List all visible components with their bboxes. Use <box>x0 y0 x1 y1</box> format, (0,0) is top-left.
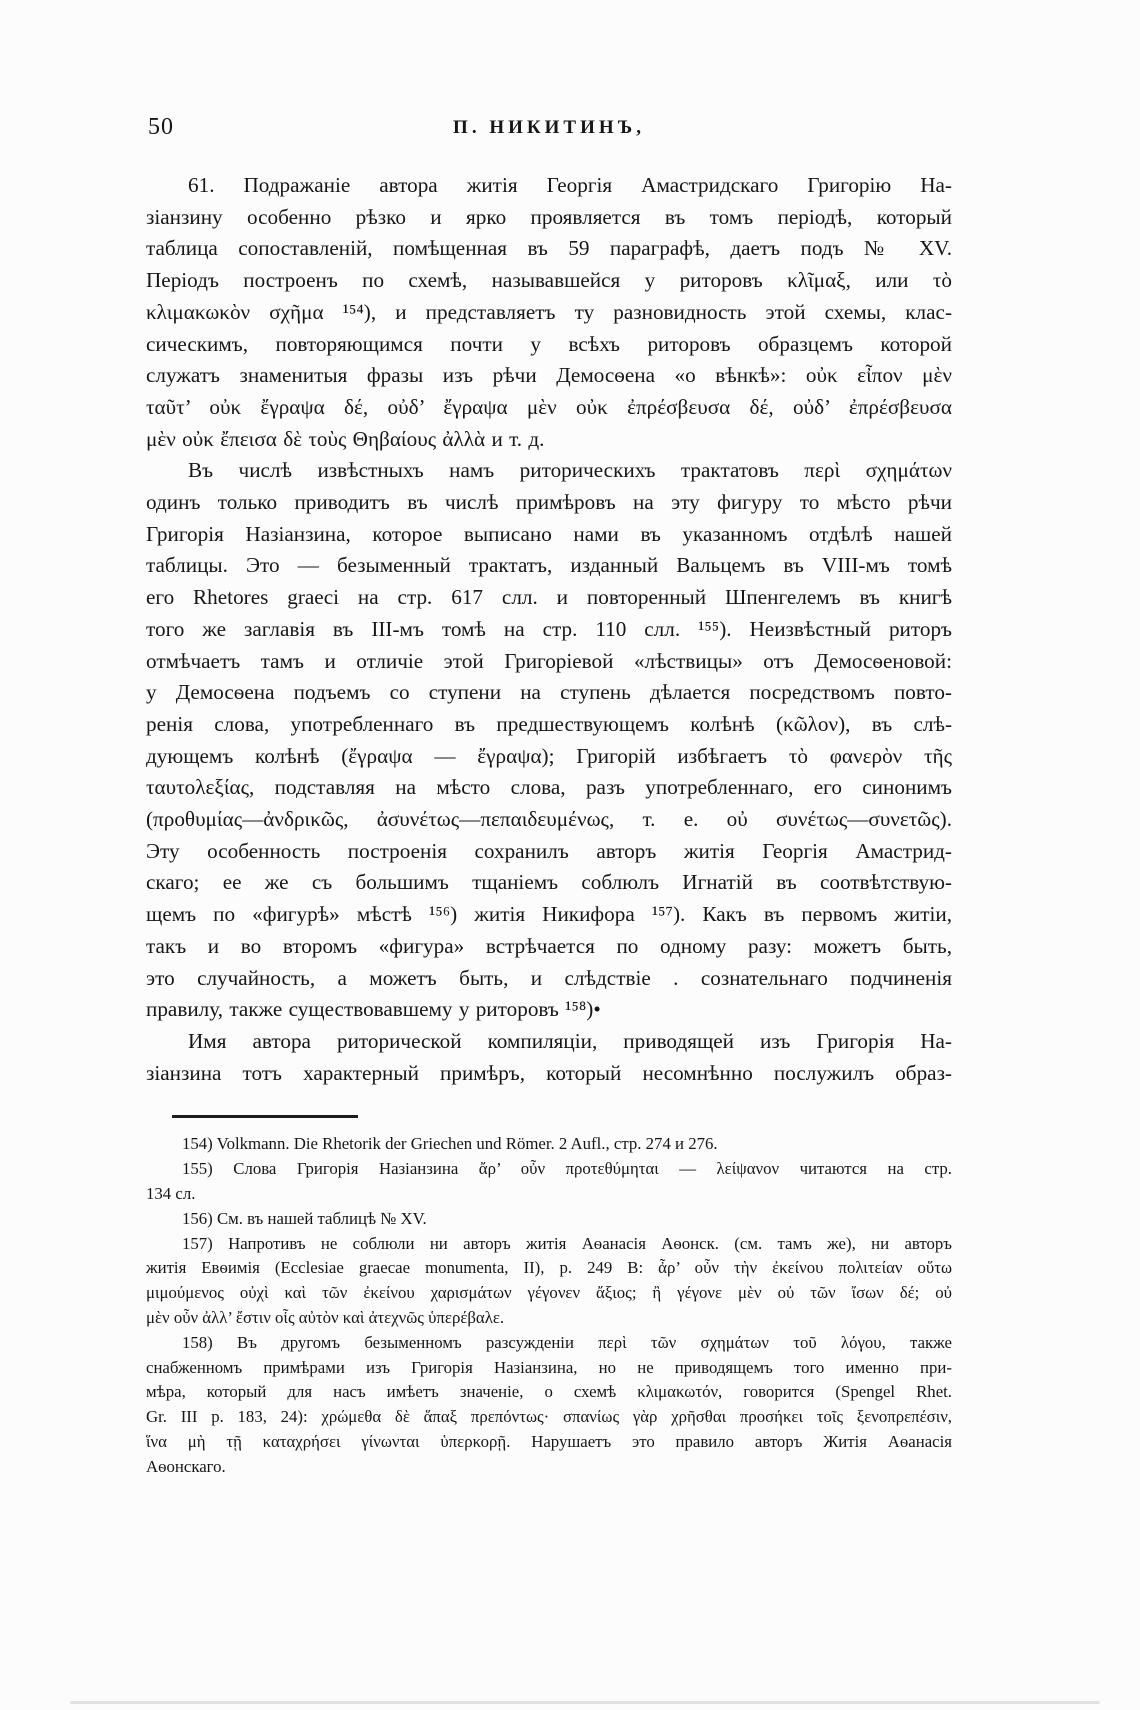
footnote-line: ἵνα μὴ τῇ καταχρήσει γίνωνται ὑπερκορῇ. … <box>146 1430 952 1455</box>
text-line: дующемъ колѣнѣ (ἔγραψα — ἔγραψα); Григор… <box>146 741 952 773</box>
footnote-156: 156) См. въ нашей таблицѣ № XV. <box>146 1207 952 1232</box>
paragraph-61: 61. Подражаніе автора житія Георгія Амас… <box>146 170 952 455</box>
text-line: ταῦτ’ οὐκ ἔγραψα δέ, οὐδ’ ἔγραψα μὲν οὐκ… <box>146 392 952 424</box>
footnote-line: μιμούμενος οὐχὶ καὶ τῶν ἐκείνου χαρισμάτ… <box>146 1281 952 1306</box>
footnote-155: 155) Слова Григорія Назіанзина ἄρ’ οὖν π… <box>146 1157 952 1207</box>
text-line: одинъ только приводитъ въ числѣ примѣров… <box>146 487 952 519</box>
text-line: его Rhetores graeci на стр. 617 слл. и п… <box>146 582 952 614</box>
footnotes-section: 154) Volkmann. Die Rhetorik der Griechen… <box>146 1132 952 1479</box>
scanned-book-page: 50 П. НИКИТИНЪ, 61. Подражаніе автора жи… <box>0 0 1140 1710</box>
text-line: таблицы. Это — безыменный трактатъ, изда… <box>146 550 952 582</box>
footnote-line: 134 сл. <box>146 1182 952 1207</box>
footnote-line: μὲν οὖν ἀλλ’ ἔστιν οἷς αὐτὸν καὶ ἀτεχνῶς… <box>146 1306 952 1331</box>
text-line: ταυτολεξίας, подставляя на мѣсто слова, … <box>146 772 952 804</box>
text-line: (προθυμίας—ἀνδρικῶς, ἀσυνέτως—πεπαιδευμέ… <box>146 804 952 836</box>
text-line: κλιμακωκὸν σχῆμα ¹⁵⁴), и представляетъ т… <box>146 297 952 329</box>
text-line: отмѣчаетъ тамъ и отличіе этой Григоріево… <box>146 646 952 678</box>
page-number: 50 <box>148 114 174 141</box>
text-line: у Демосѳена подъемъ со ступени на ступен… <box>146 677 952 709</box>
text-line: того же заглавія въ III-мъ томѣ на стр. … <box>146 614 952 646</box>
footnote-line: 156) См. въ нашей таблицѣ № XV. <box>146 1207 952 1232</box>
footnote-158: 158) Въ другомъ безыменномъ разсужденіи … <box>146 1331 952 1480</box>
text-line: ренія слова, употребленнаго въ предшеств… <box>146 709 952 741</box>
text-line: сическимъ, повторяющимся почти у всѣхъ р… <box>146 329 952 361</box>
paragraph-treatises: Въ числѣ извѣстныхъ намъ риторическихъ т… <box>146 455 952 1026</box>
text-line: такъ и во второмъ «фигура» встрѣчается п… <box>146 931 952 963</box>
text-line: щемъ по «фигурѣ» мѣстѣ ¹⁵⁶) житія Никифо… <box>146 899 952 931</box>
text-line: 61. Подражаніе автора житія Георгія Амас… <box>146 170 952 202</box>
text-line: правилу, также существовавшему у риторов… <box>146 994 952 1026</box>
footnote-line: житія Евѳимія (Ecclesiae graecae monumen… <box>146 1256 952 1281</box>
footnote-separator <box>172 1115 358 1118</box>
footnote-line: Аѳонскаго. <box>146 1455 952 1480</box>
scan-edge-artifact <box>70 1701 1100 1704</box>
paragraph-compilation-author: Имя автора риторической компиляціи, прив… <box>146 1026 952 1089</box>
running-title: П. НИКИТИНЪ, <box>453 117 645 139</box>
text-line: скаго; ее же съ большимъ тщаніемъ соблюл… <box>146 867 952 899</box>
text-block: 50 П. НИКИТИНЪ, 61. Подражаніе автора жи… <box>146 112 952 1480</box>
text-line: Въ числѣ извѣстныхъ намъ риторическихъ т… <box>146 455 952 487</box>
footnote-line: снабженномъ примѣрами изъ Григорія Назіа… <box>146 1356 952 1381</box>
page-header: 50 П. НИКИТИНЪ, <box>146 112 952 146</box>
text-line: зіанзину особенно рѣзко и ярко проявляет… <box>146 202 952 234</box>
text-line: μὲν οὐκ ἔπεισα δὲ τοὺς Θηβαίους ἀλλὰ и т… <box>146 424 952 456</box>
footnote-157: 157) Напротивъ не соблюли ни авторъ житі… <box>146 1232 952 1331</box>
footnote-line: мѣра, который для насъ имѣетъ значеніе, … <box>146 1380 952 1405</box>
text-line: Имя автора риторической компиляціи, прив… <box>146 1026 952 1058</box>
text-line: это случайность, а можетъ быть, и слѣдст… <box>146 963 952 995</box>
text-line: таблица сопоставленій, помѣщенная въ 59 … <box>146 233 952 265</box>
text-line: служатъ знаменитыя фразы изъ рѣчи Демосѳ… <box>146 360 952 392</box>
text-line: Эту особенность построенія сохранилъ авт… <box>146 836 952 868</box>
text-line: Григорія Назіанзина, которое выписано на… <box>146 519 952 551</box>
text-line: зіанзина тотъ характерный примѣръ, котор… <box>146 1058 952 1090</box>
footnote-line: 154) Volkmann. Die Rhetorik der Griechen… <box>146 1132 952 1157</box>
footnote-line: Gr. III p. 183, 24): χρώμεθα δὲ ἅπαξ πρε… <box>146 1405 952 1430</box>
text-line: Періодъ построенъ по схемѣ, называвшейся… <box>146 265 952 297</box>
footnote-line: 157) Напротивъ не соблюли ни авторъ житі… <box>146 1232 952 1257</box>
footnote-154: 154) Volkmann. Die Rhetorik der Griechen… <box>146 1132 952 1157</box>
footnote-line: 158) Въ другомъ безыменномъ разсужденіи … <box>146 1331 952 1356</box>
footnote-line: 155) Слова Григорія Назіанзина ἄρ’ οὖν π… <box>146 1157 952 1182</box>
